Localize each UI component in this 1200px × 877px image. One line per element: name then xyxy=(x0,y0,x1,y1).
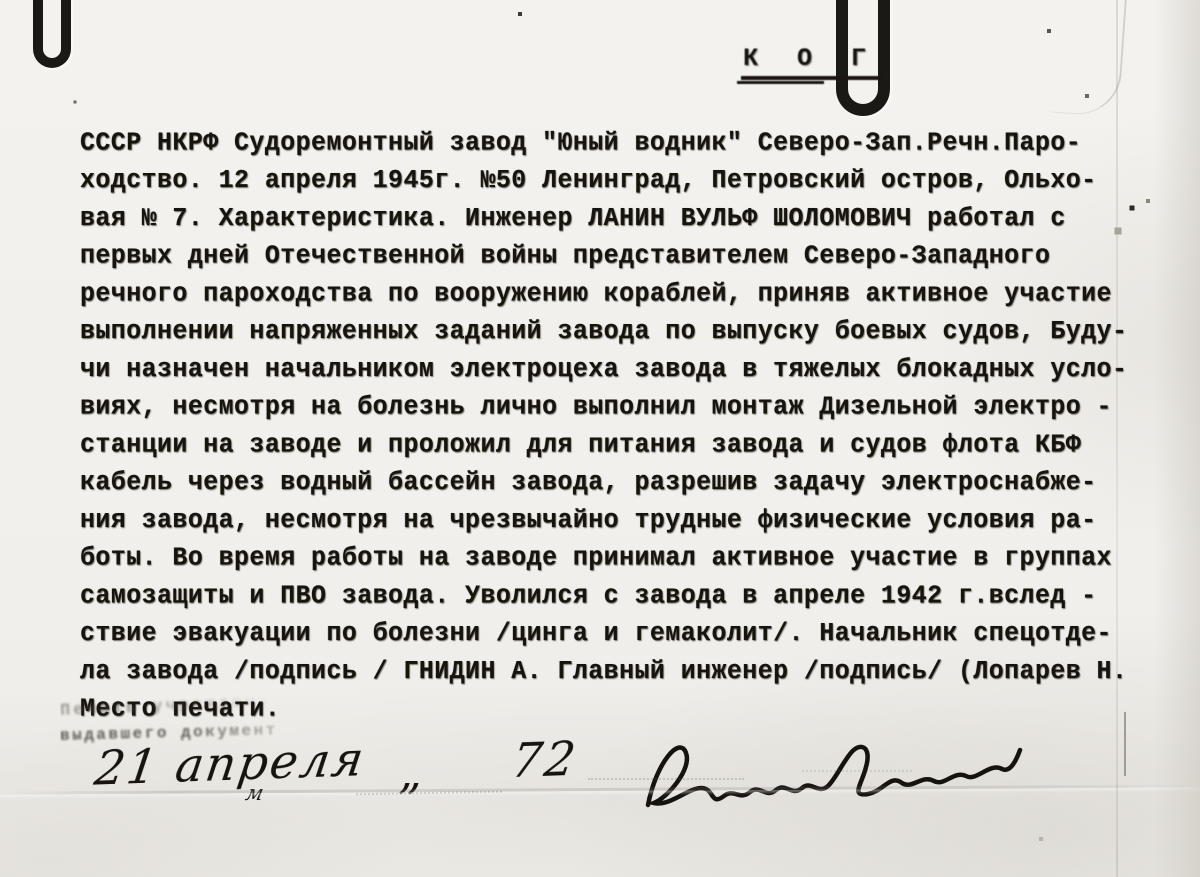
paper-fold-vertical xyxy=(1116,0,1118,877)
typed-line: самозащиты и ПВО завода. Уволился с заво… xyxy=(80,577,1160,615)
typed-line: речного пароходства по вооружению корабл… xyxy=(80,275,1160,313)
typed-line: СССР НКРФ Судоремонтный завод "Юный водн… xyxy=(80,124,1160,162)
scanned-document-page: К О Г СССР НКРФ Судоремонтный завод "Юны… xyxy=(0,0,1200,877)
copy-mark: К О Г xyxy=(741,44,882,80)
paper-clip-left-icon xyxy=(33,0,71,68)
typed-line: виях, несмотря на болезнь лично выполнил… xyxy=(80,388,1160,426)
photocopy-noise-specks xyxy=(0,0,2,2)
handwritten-annotation: 21 апреля м „ 72 xyxy=(0,735,1200,865)
paper-edge-shading xyxy=(1154,0,1200,877)
typed-line: чи назначен начальником электроцеха заво… xyxy=(80,350,1160,388)
typed-line: станции на заводе и проложил для питания… xyxy=(80,426,1160,464)
typed-line: ния завода, несмотря на чрезвычайно труд… xyxy=(80,501,1160,539)
faint-dotted-line xyxy=(588,778,744,780)
typed-line: ствие эвакуации по болезни /цинга и гема… xyxy=(80,615,1160,653)
typed-line: первых дней Отечественной войны представ… xyxy=(80,237,1160,275)
handwritten-number: 72 xyxy=(508,732,582,790)
paper-fold-mark xyxy=(1124,712,1126,776)
stamp-text-line: Печать учреждения xyxy=(60,692,285,721)
typed-line: ходство. 12 апреля 1945г. №50 Ленинград,… xyxy=(80,162,1160,200)
typed-line: кабель через водный бассейн завода, разр… xyxy=(80,464,1160,502)
typed-text-block: СССР НКРФ Судоремонтный завод "Юный водн… xyxy=(80,124,1160,728)
handwritten-date: 21 апреля xyxy=(91,732,369,797)
typed-line: вая № 7. Характеристика. Инженер ЛАНИН В… xyxy=(80,199,1160,237)
typed-line: боты. Во время работы на заводе принимал… xyxy=(80,539,1160,577)
typed-line: ла завода /подпись / ГНИДИН А. Главный и… xyxy=(80,652,1160,690)
typed-line: выполнении напряженных заданий завода по… xyxy=(80,313,1160,351)
faint-dotted-line xyxy=(802,770,912,772)
